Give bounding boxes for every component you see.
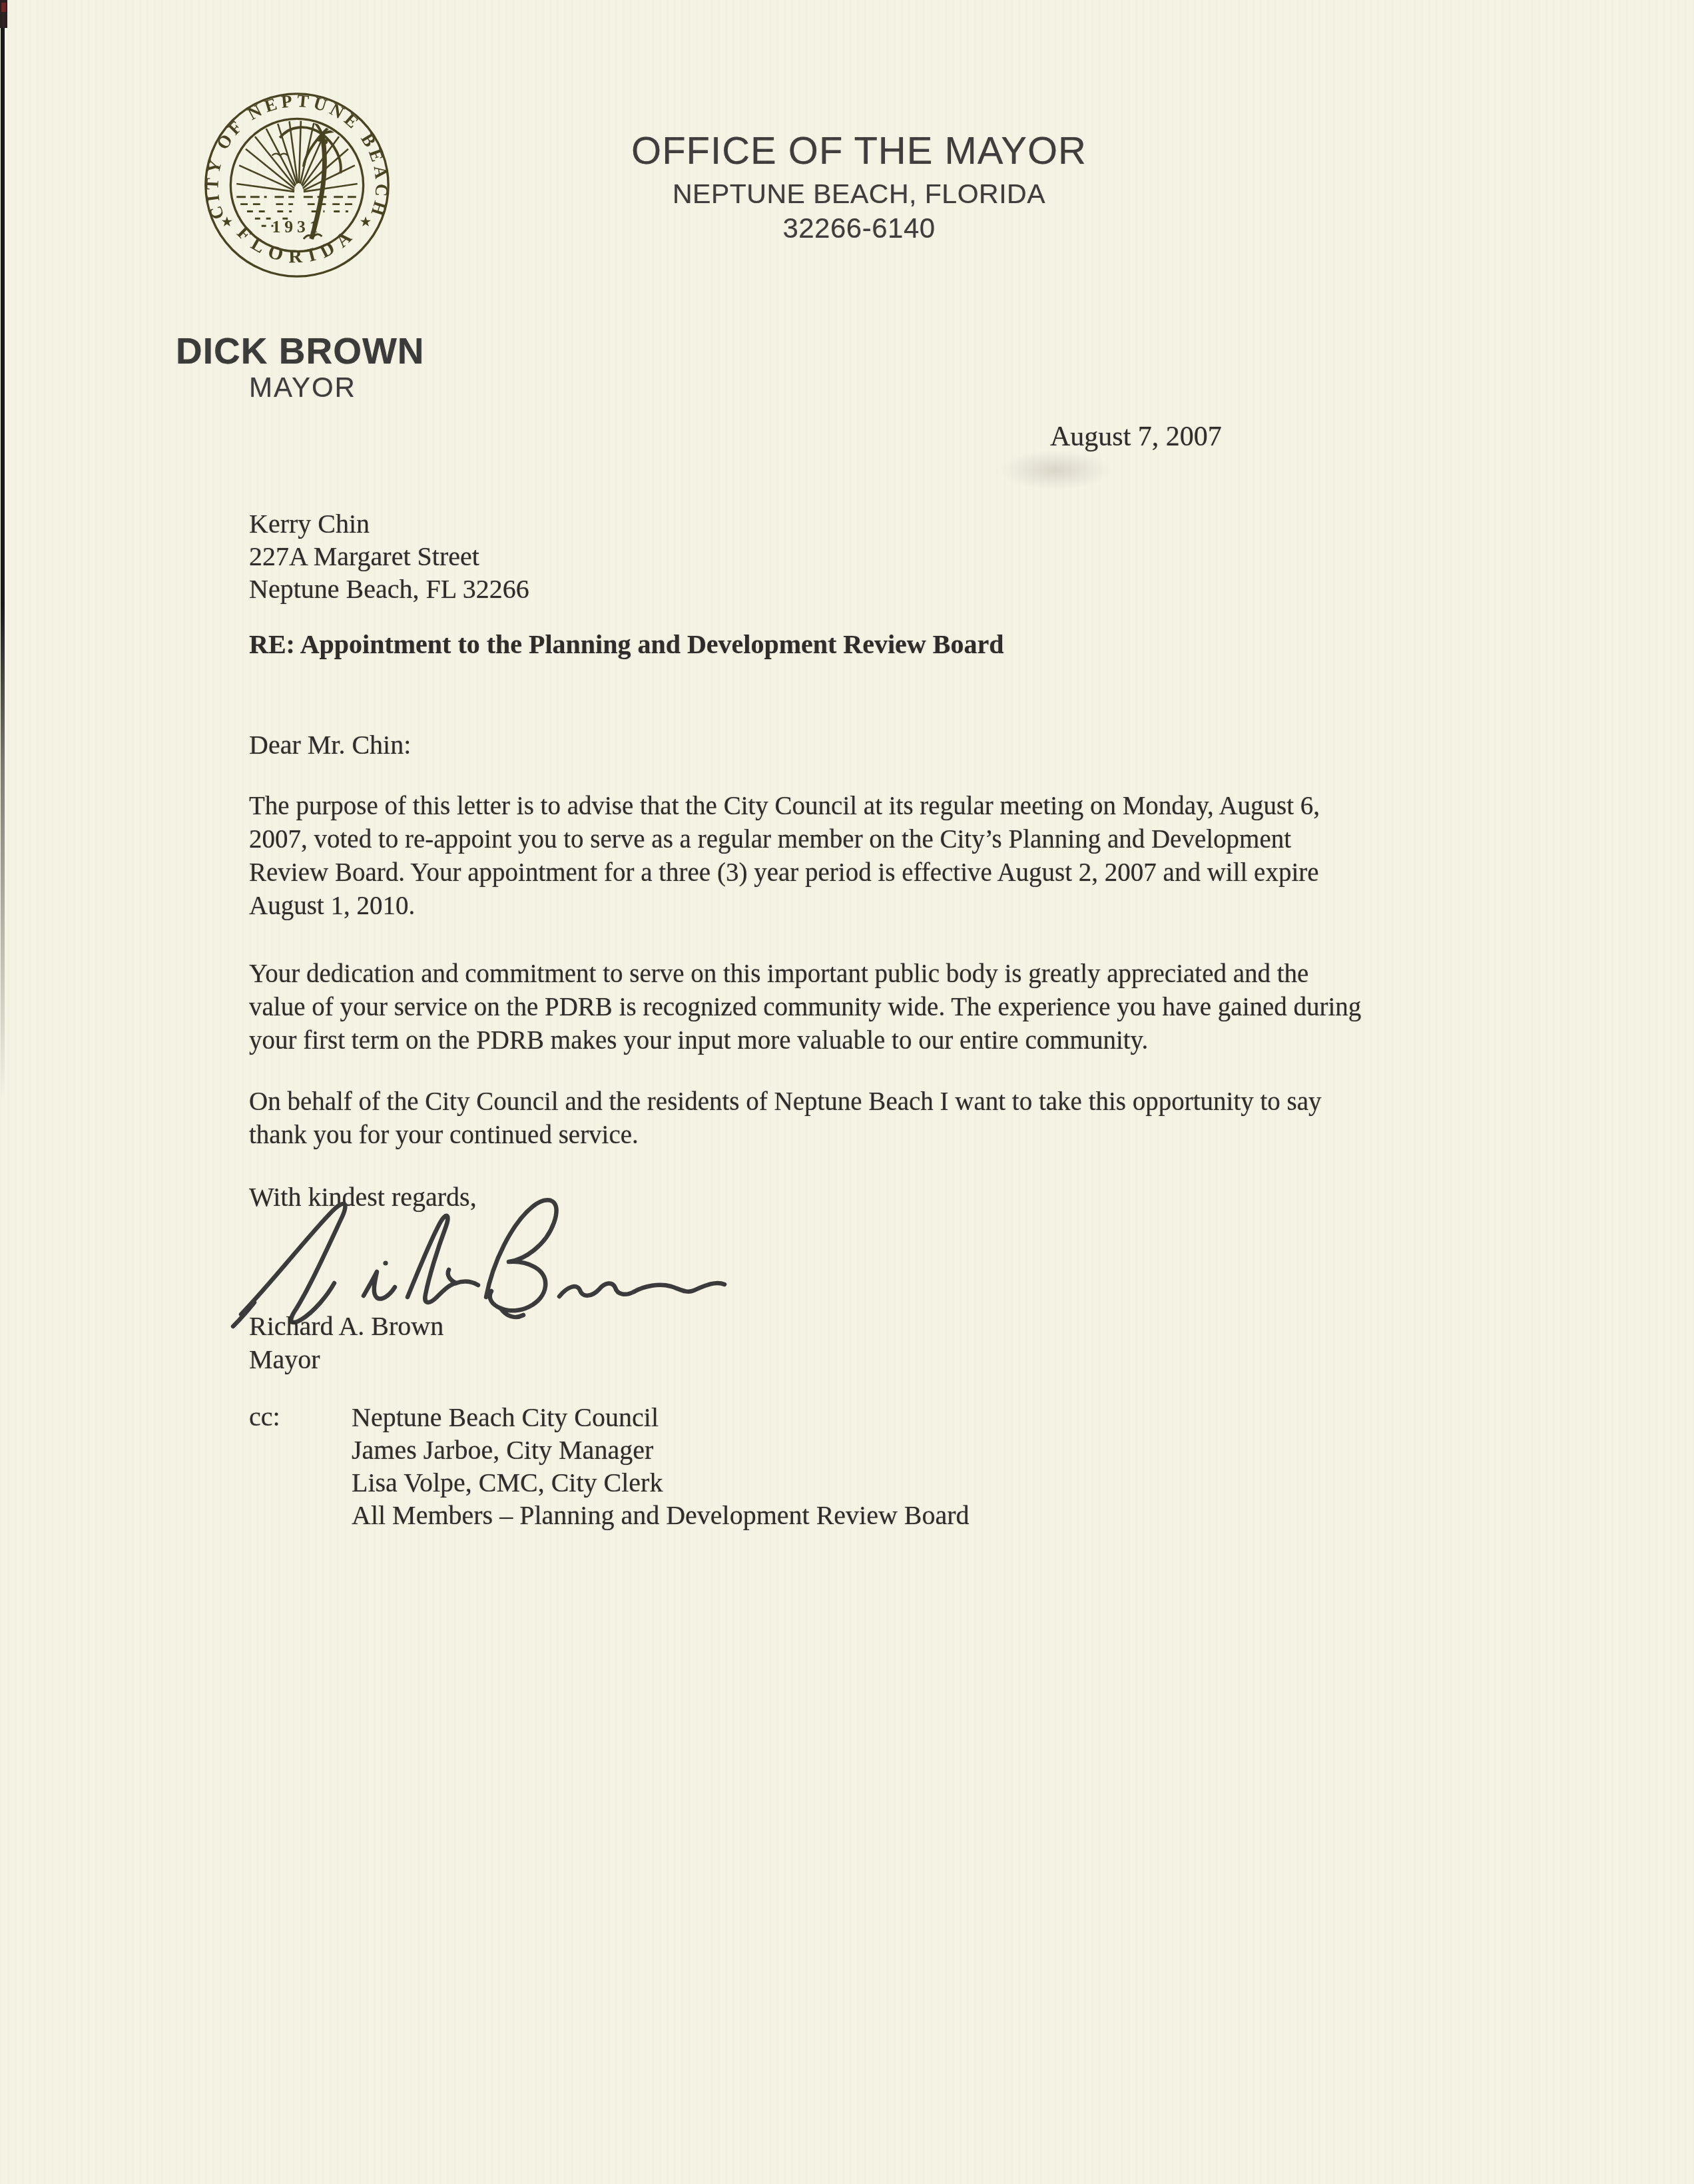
- letterhead-city-line: NEPTUNE BEACH, FLORIDA: [526, 178, 1192, 209]
- seal-top-text: CITY OF NEPTUNE BEACH: [202, 91, 392, 222]
- subject-line: RE: Appointment to the Planning and Deve…: [249, 629, 1003, 660]
- letterhead-office-line: OFFICE OF THE MAYOR: [526, 131, 1192, 172]
- cc-label: cc:: [249, 1401, 280, 1432]
- seal-star-right-icon: ★: [360, 214, 372, 230]
- official-title: MAYOR: [249, 372, 356, 404]
- scan-corner-red-artifact: [1, 3, 6, 12]
- mayor-signature-icon: [226, 1196, 732, 1329]
- svg-text:CITY OF NEPTUNE BEACH: CITY OF NEPTUNE BEACH: [202, 91, 392, 222]
- paragraph-3: On behalf of the City Council and the re…: [249, 1085, 1448, 1152]
- cc-list: Neptune Beach City Council James Jarboe,…: [352, 1401, 970, 1531]
- seal-star-left-icon: ★: [221, 214, 234, 230]
- letter-date: August 7, 2007: [1050, 421, 1222, 453]
- paragraph-2: Your dedication and commitment to serve …: [249, 957, 1448, 1057]
- scanned-letter-page: CITY OF NEPTUNE BEACH FLORIDA ★ ★: [0, 0, 1694, 2184]
- seal-year: 1931: [272, 217, 322, 236]
- scan-smudge-artifact: [999, 450, 1112, 490]
- recipient-address: Kerry Chin 227A Margaret Street Neptune …: [249, 507, 529, 605]
- signed-title: Mayor: [249, 1344, 320, 1375]
- signed-name: Richard A. Brown: [249, 1310, 443, 1342]
- letterhead-zip-line: 32266-6140: [526, 213, 1192, 244]
- official-name: DICK BROWN: [176, 330, 425, 372]
- paragraph-1: The purpose of this letter is to advise …: [249, 790, 1448, 923]
- scan-edge-artifact: [1, 0, 5, 1099]
- letterhead: OFFICE OF THE MAYOR NEPTUNE BEACH, FLORI…: [526, 131, 1192, 244]
- city-seal-icon: CITY OF NEPTUNE BEACH FLORIDA ★ ★: [198, 87, 396, 284]
- salutation: Dear Mr. Chin:: [249, 729, 411, 760]
